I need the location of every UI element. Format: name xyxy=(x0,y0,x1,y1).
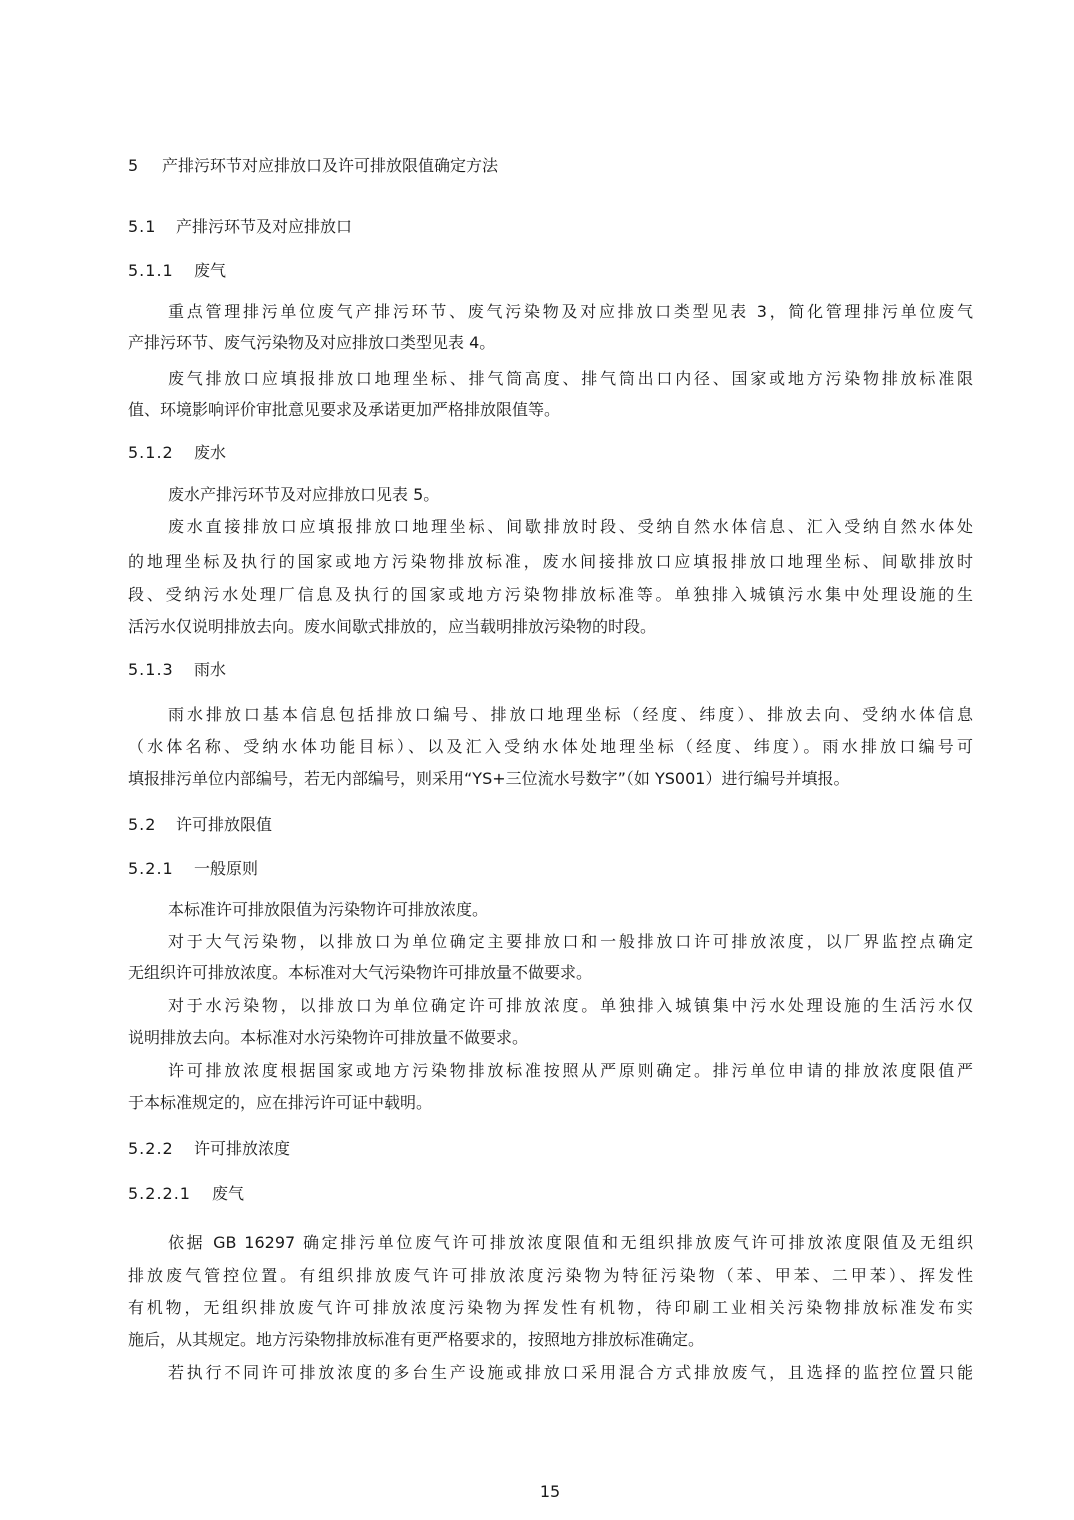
paragraph-line: 施后，从其规定。地方污染物排放标准有更严格要求的，按照地方排放标准确定。 xyxy=(128,1330,973,1350)
heading-number: 5.2.2.1 xyxy=(128,1184,212,1204)
paragraph-line: 活污水仅说明排放去向。废水间歇式排放的，应当载明排放污染物的时段。 xyxy=(128,617,973,637)
heading-5-1-1: 5.1.1废气 xyxy=(128,261,226,281)
heading-5-2-2-1: 5.2.2.1废气 xyxy=(128,1184,244,1204)
paragraph-line: 于本标准规定的，应在排污许可证中载明。 xyxy=(128,1093,973,1113)
paragraph-line: 排放废气管控位置。有组织排放废气许可排放浓度污染物为特征污染物（苯、甲苯、二甲苯… xyxy=(128,1266,973,1286)
page-number: 15 xyxy=(0,1482,1074,1501)
heading-number: 5.1.3 xyxy=(128,660,194,680)
heading-5-1-3: 5.1.3雨水 xyxy=(128,660,226,680)
paragraph-line: 对于水污染物，以排放口为单位确定许可排放浓度。单独排入城镇集中污水处理设施的生活… xyxy=(168,996,973,1016)
heading-5-2: 5.2许可排放限值 xyxy=(128,815,272,835)
heading-title: 产排污环节及对应排放口 xyxy=(176,217,352,236)
paragraph-line: （水体名称、受纳水体功能目标）、以及汇入受纳水体处地理坐标（经度、纬度）。雨水排… xyxy=(128,737,973,757)
paragraph-line: 填报排污单位内部编号，若无内部编号，则采用“YS+三位流水号数字”（如 YS00… xyxy=(128,769,973,789)
paragraph-line: 废气排放口应填报排放口地理坐标、排气筒高度、排气筒出口内径、国家或地方污染物排放… xyxy=(168,369,973,389)
heading-5-1: 5.1产排污环节及对应排放口 xyxy=(128,217,352,237)
heading-number: 5.2.1 xyxy=(128,859,194,879)
heading-title: 产排污环节对应排放口及许可排放限值确定方法 xyxy=(162,156,498,175)
heading-5-1-2: 5.1.2废水 xyxy=(128,443,226,463)
document-page: 5产排污环节对应排放口及许可排放限值确定方法 5.1产排污环节及对应排放口 5.… xyxy=(0,0,1074,1520)
paragraph-line: 废水直接排放口应填报排放口地理坐标、间歇排放时段、受纳自然水体信息、汇入受纳自然… xyxy=(168,517,973,537)
heading-5-2-2: 5.2.2许可排放浓度 xyxy=(128,1139,290,1159)
heading-title: 雨水 xyxy=(194,660,226,679)
heading-number: 5.1.2 xyxy=(128,443,194,463)
heading-title: 废水 xyxy=(194,443,226,462)
heading-title: 一般原则 xyxy=(194,859,258,878)
heading-number: 5.2 xyxy=(128,815,176,835)
heading-title: 废气 xyxy=(212,1184,244,1203)
heading-5: 5产排污环节对应排放口及许可排放限值确定方法 xyxy=(128,156,498,176)
heading-number: 5.2.2 xyxy=(128,1139,194,1159)
paragraph-line: 重点管理排污单位废气产排污环节、废气污染物及对应排放口类型见表 3，简化管理排污… xyxy=(168,302,973,322)
paragraph-line: 无组织许可排放浓度。本标准对大气污染物许可排放量不做要求。 xyxy=(128,963,973,983)
heading-number: 5.1.1 xyxy=(128,261,194,281)
paragraph-line: 本标准许可排放限值为污染物许可排放浓度。 xyxy=(168,900,973,920)
heading-title: 许可排放限值 xyxy=(176,815,272,834)
heading-5-2-1: 5.2.1一般原则 xyxy=(128,859,258,879)
heading-number: 5 xyxy=(128,156,162,176)
paragraph-line: 对于大气污染物，以排放口为单位确定主要排放口和一般排放口许可排放浓度，以厂界监控… xyxy=(168,932,973,952)
paragraph-line: 说明排放去向。本标准对水污染物许可排放量不做要求。 xyxy=(128,1028,973,1048)
paragraph-line: 依据 GB 16297 确定排污单位废气许可排放浓度限值和无组织排放废气许可排放… xyxy=(168,1233,973,1253)
paragraph-line: 段、受纳污水处理厂信息及执行的国家或地方污染物排放标准等。单独排入城镇污水集中处… xyxy=(128,585,973,605)
paragraph-line: 废水产排污环节及对应排放口见表 5。 xyxy=(168,485,973,505)
paragraph-line: 雨水排放口基本信息包括排放口编号、排放口地理坐标（经度、纬度）、排放去向、受纳水… xyxy=(168,705,973,725)
paragraph-line: 值、环境影响评价审批意见要求及承诺更加严格排放限值等。 xyxy=(128,400,973,420)
heading-number: 5.1 xyxy=(128,217,176,237)
paragraph-line: 许可排放浓度根据国家或地方污染物排放标准按照从严原则确定。排污单位申请的排放浓度… xyxy=(168,1061,973,1081)
paragraph-line: 产排污环节、废气污染物及对应排放口类型见表 4。 xyxy=(128,333,973,353)
heading-title: 许可排放浓度 xyxy=(194,1139,290,1158)
heading-title: 废气 xyxy=(194,261,226,280)
paragraph-line: 有机物，无组织排放废气许可排放浓度污染物为挥发性有机物，待印刷工业相关污染物排放… xyxy=(128,1298,973,1318)
paragraph-line: 若执行不同许可排放浓度的多台生产设施或排放口采用混合方式排放废气，且选择的监控位… xyxy=(168,1363,973,1383)
paragraph-line: 的地理坐标及执行的国家或地方污染物排放标准，废水间接排放口应填报排放口地理坐标、… xyxy=(128,552,973,572)
